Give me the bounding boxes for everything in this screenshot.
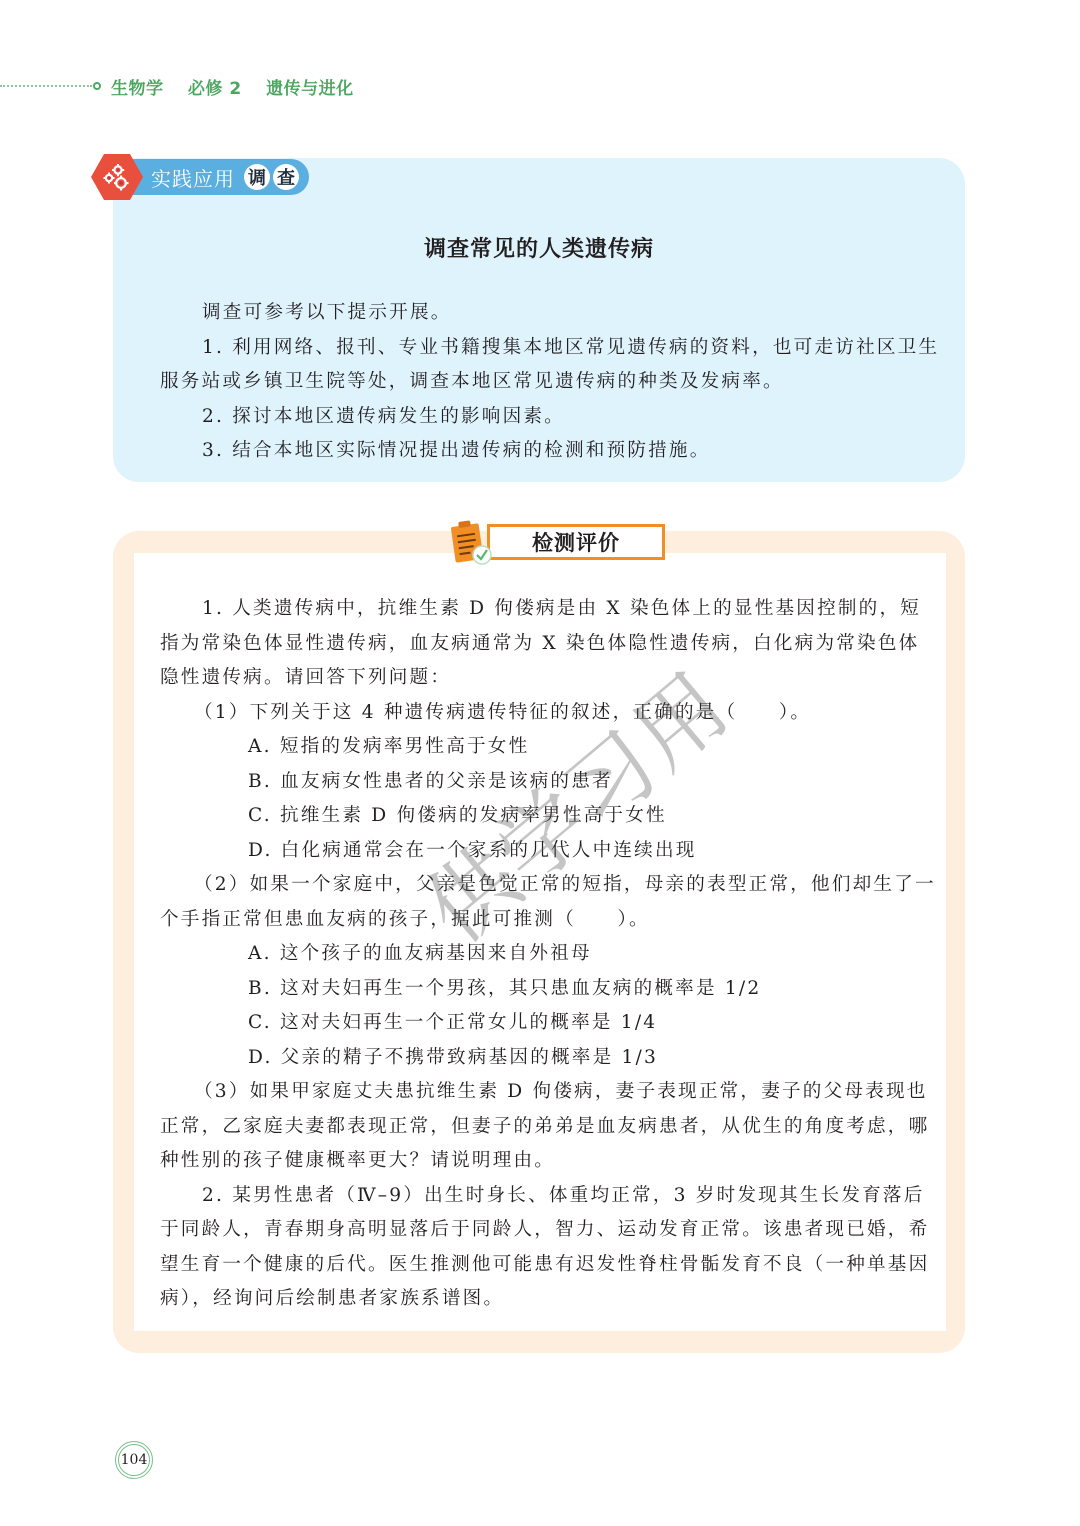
running-head: 生物学 必修 2 遗传与进化 (0, 72, 372, 100)
running-head-text: 生物学 必修 2 遗传与进化 (111, 74, 372, 99)
question-1-2-option-a: A. 这个孩子的血友病基因来自外祖母 (160, 937, 940, 972)
survey-tag-label: 实践应用 (151, 163, 235, 192)
question-1-2-option-b: B. 这对夫妇再生一个男孩，其只患血友病的概率是 1/2 (160, 972, 940, 1007)
question-1-2-stem: （2）如果一个家庭中，父亲是色觉正常的短指，母亲的表型正常，他们却生了一个手指正… (160, 868, 940, 937)
page-number-badge: 104 (115, 1441, 153, 1479)
survey-body: 调查可参考以下提示开展。 1. 利用网络、报刊、专业书籍搜集本地区常见遗传病的资… (160, 296, 940, 469)
question-2-stem: 2. 某男性患者（Ⅳ–9）出生时身长、体重均正常，3 岁时发现其生长发育落后于同… (160, 1179, 940, 1317)
clipboard-check-icon (447, 517, 497, 567)
book-label: 必修 2 (188, 79, 242, 99)
question-1-2-option-c: C. 这对夫妇再生一个正常女儿的概率是 1/4 (160, 1006, 940, 1041)
evaluation-body: 1. 人类遗传病中，抗维生素 D 佝偻病是由 X 染色体上的显性基因控制的，短指… (160, 592, 940, 1317)
page-number: 104 (118, 1444, 150, 1476)
survey-tag-char-2: 查 (273, 164, 299, 190)
question-1-3-stem: （3）如果甲家庭丈夫患抗维生素 D 佝偻病，妻子表现正常，妻子的父母表现也正常，… (160, 1075, 940, 1179)
question-1-1-option-a: A. 短指的发病率男性高于女性 (160, 730, 940, 765)
question-1-1-option-b: B. 血友病女性患者的父亲是该病的患者 (160, 765, 940, 800)
survey-item-2: 2. 探讨本地区遗传病发生的影响因素。 (160, 400, 940, 435)
dotted-rule (0, 85, 92, 87)
survey-title: 调查常见的人类遗传病 (113, 232, 965, 263)
survey-item-1: 1. 利用网络、报刊、专业书籍搜集本地区常见遗传病的资料，也可走访社区卫生服务站… (160, 331, 940, 400)
question-1-2-option-d: D. 父亲的精子不携带致病基因的概率是 1/3 (160, 1041, 940, 1076)
subject-label: 生物学 (111, 79, 164, 99)
survey-intro: 调查可参考以下提示开展。 (160, 296, 940, 331)
survey-tag-band: 实践应用 调 查 (129, 159, 309, 195)
evaluation-tag: 检测评价 (447, 517, 665, 567)
volume-label: 遗传与进化 (266, 79, 354, 99)
survey-tag: 实践应用 调 查 (91, 157, 309, 197)
survey-tag-char-1: 调 (244, 164, 270, 190)
survey-item-3: 3. 结合本地区实际情况提出遗传病的检测和预防措施。 (160, 434, 940, 469)
circle-bullet-icon (93, 82, 101, 90)
question-1-stem: 1. 人类遗传病中，抗维生素 D 佝偻病是由 X 染色体上的显性基因控制的，短指… (160, 592, 940, 696)
question-1-1-option-d: D. 白化病通常会在一个家系的几代人中连续出现 (160, 834, 940, 869)
evaluation-tag-label: 检测评价 (487, 524, 665, 560)
question-1-1-stem: （1）下列关于这 4 种遗传病遗传特征的叙述，正确的是（ ）。 (160, 696, 940, 731)
question-1-1-option-c: C. 抗维生素 D 佝偻病的发病率男性高于女性 (160, 799, 940, 834)
